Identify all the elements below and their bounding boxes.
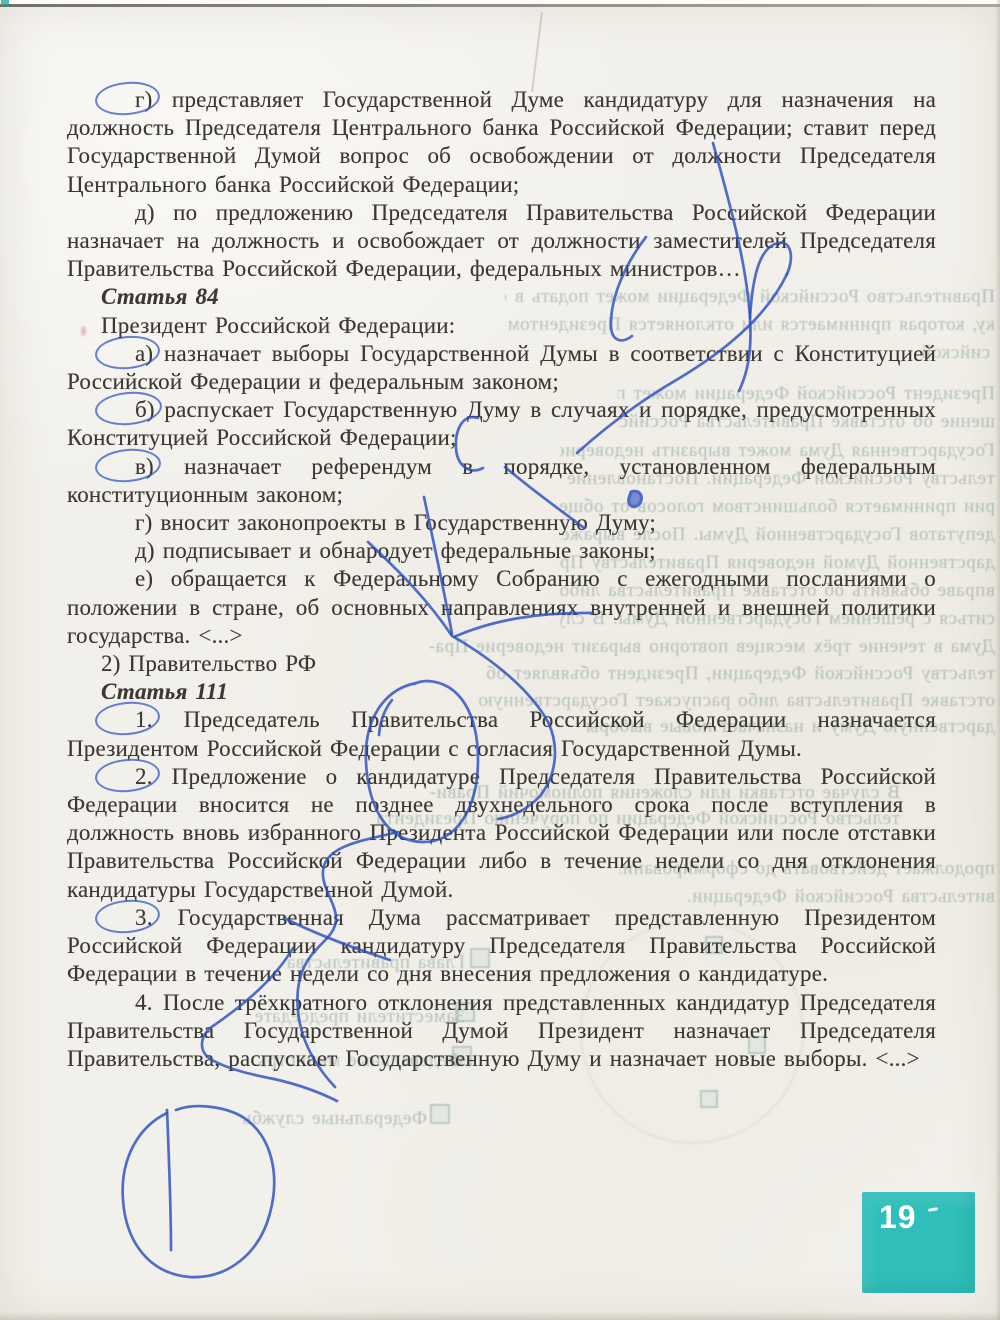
bleedthrough-checkbox [700, 1090, 718, 1108]
paragraph: 2. Предложение о кандидатуре Председател… [67, 763, 936, 904]
bleedthrough-text: Федеральные службы [242, 1108, 427, 1130]
circled-list-marker: б) [101, 396, 155, 424]
paper-crease [531, 12, 542, 92]
pen-stroke [167, 1110, 171, 1250]
circled-list-marker: 1. [101, 706, 153, 734]
list-marker: г) [101, 509, 153, 537]
scan-edge-bottom [0, 1312, 1000, 1320]
paragraph: 1. Председатель Правительства Российской… [67, 706, 936, 762]
paragraph: 3. Государственная Дума рассматривает пр… [67, 904, 936, 989]
page-number: 19 [879, 1199, 917, 1236]
scan-edge-right [995, 0, 1000, 1320]
circled-list-marker: 3. [101, 904, 153, 932]
circled-list-marker: г) [101, 86, 153, 114]
paragraph: е) обращается к Федеральному Собранию с … [67, 565, 936, 650]
paragraph: д) по предложению Председателя Правитель… [67, 199, 936, 284]
paragraph: б) распускает Государственную Думу в слу… [67, 396, 936, 452]
list-marker: д) [101, 199, 155, 227]
scanned-textbook-page: Правительство Российской Федерации может… [0, 0, 1000, 1320]
circled-list-marker: а) [101, 340, 153, 368]
paragraph: г) представляет Государственной Думе кан… [67, 86, 936, 199]
pen-stroke [123, 1106, 275, 1277]
scan-edge-line [0, 4, 1000, 7]
article-heading: Статья 84 [67, 283, 936, 311]
badge-tick-mark [928, 1207, 938, 1212]
scan-corner-speck [1, 0, 9, 5]
paragraph: 4. После трёхкратного отклонения предста… [67, 989, 936, 1074]
paragraph: 2) Правительство РФ [67, 650, 936, 678]
paragraph: Президент Российской Федерации: [67, 312, 936, 340]
list-marker: е) [101, 565, 153, 593]
circled-list-marker: в) [101, 453, 154, 481]
circled-list-marker: 2. [101, 763, 153, 791]
page-number-badge: 19 [862, 1192, 975, 1293]
body-text-column: г) представляет Государственной Думе кан… [67, 86, 936, 1073]
paragraph: д) подписывает и обнародует федеральные … [67, 537, 936, 565]
list-marker: д) [101, 537, 155, 565]
paragraph: г) вносит законопроекты в Государственну… [67, 509, 936, 537]
list-marker: 4. [101, 989, 153, 1017]
bleedthrough-checkbox [430, 1104, 450, 1124]
paragraph: а) назначает выборы Государственной Думы… [67, 340, 936, 396]
article-heading: Статья 111 [67, 678, 936, 706]
paragraph: в) назначает референдум в порядке, устан… [67, 453, 936, 509]
